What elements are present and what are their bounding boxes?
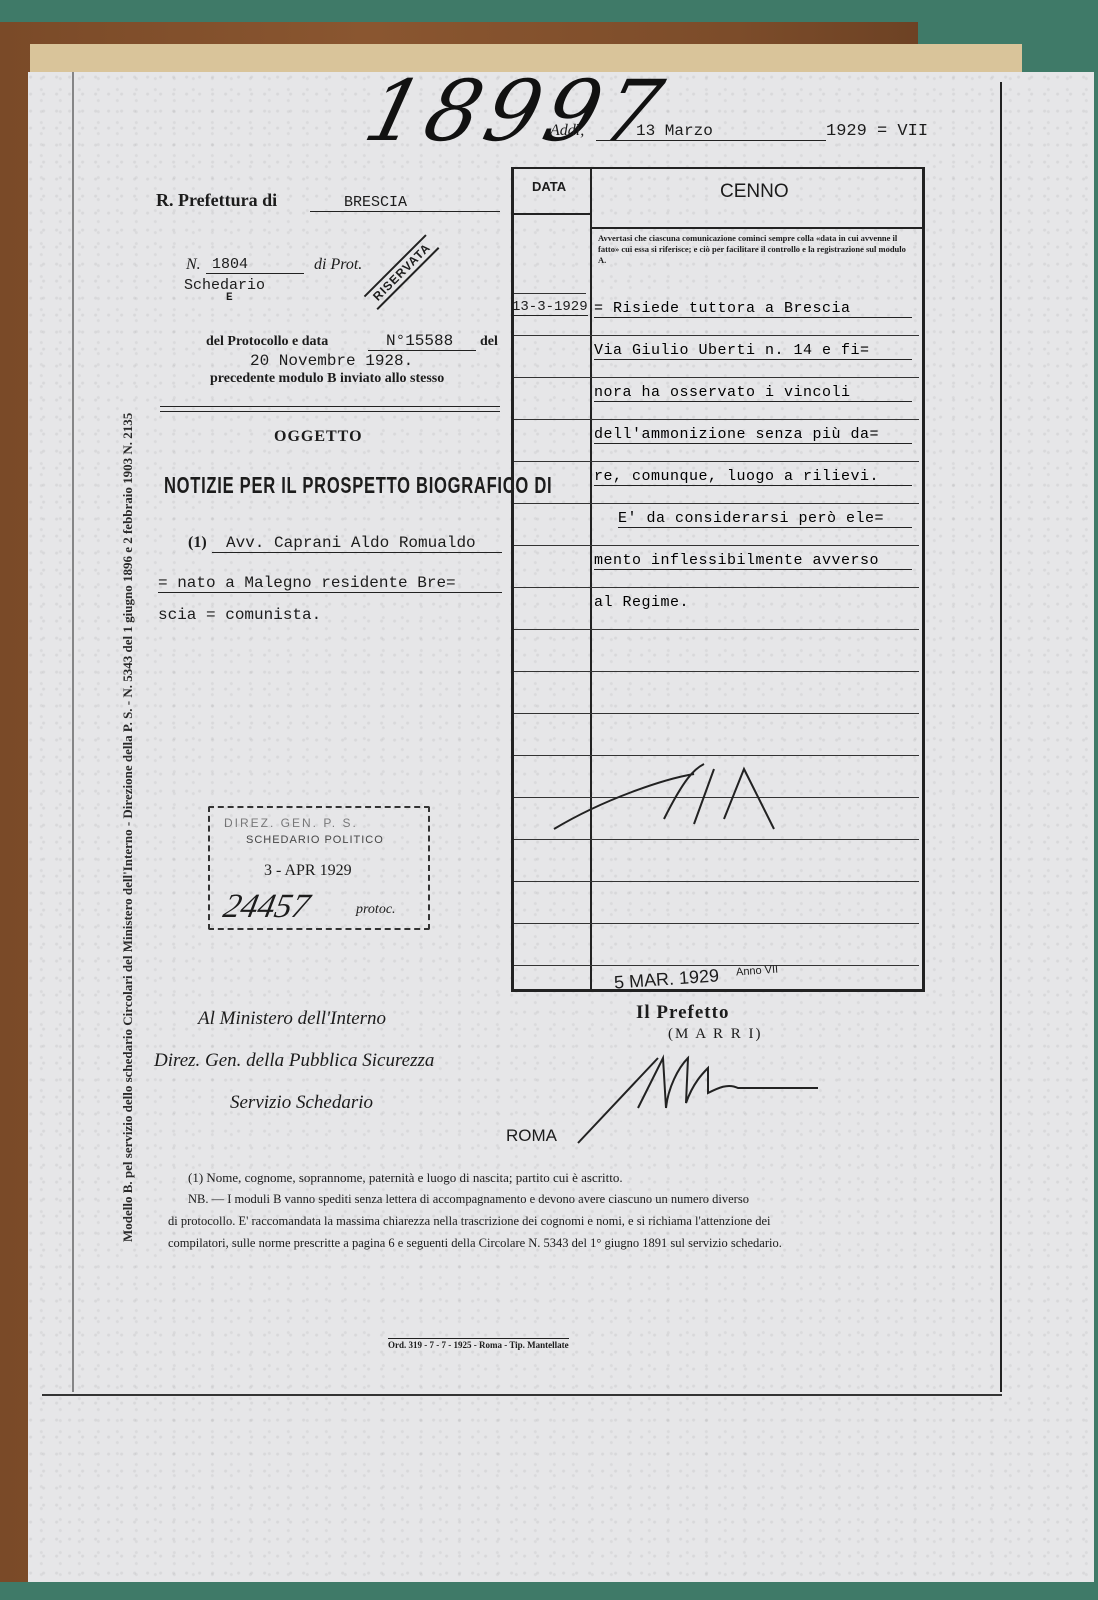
- cenno-header-rule: [592, 227, 922, 229]
- document-page: 18997 Modello B. pel servizio dello sche…: [28, 72, 1094, 1582]
- column-header-data: DATA: [532, 179, 566, 194]
- entry-date: 13-3-1929: [512, 299, 588, 316]
- addi-date: 13 Marzo: [596, 122, 826, 141]
- signature-title: Il Prefetto: [636, 1002, 729, 1024]
- riservata-stamp: RISERVATA: [364, 234, 440, 310]
- row-rule: [514, 545, 919, 546]
- row-rule: [514, 503, 919, 504]
- footnote-nb-line-2: di protocollo. E' raccomandata la massim…: [168, 1214, 771, 1229]
- protocollo-label: del Protocollo e data: [206, 334, 328, 350]
- addi-label: Addì,: [550, 122, 584, 140]
- stamp-date: 3 - APR 1929: [264, 862, 352, 880]
- row-rule: [514, 587, 919, 588]
- cenno-line-1: = Risiede tuttora a Brescia: [594, 300, 912, 318]
- row-rule: [514, 881, 919, 882]
- addressee-line-1: Al Ministero dell'Interno: [198, 1008, 386, 1030]
- cenno-line-5: re, comunque, luogo a rilievi.: [594, 468, 912, 486]
- column-header-cenno: CENNO: [720, 181, 789, 203]
- frame-bottom-line: [42, 1394, 1002, 1396]
- cenno-line-7: mento inflessibilmente avverso: [594, 552, 912, 570]
- row-rule: [514, 923, 919, 924]
- cenno-line-8: al Regime.: [594, 594, 689, 611]
- row-rule: [514, 713, 919, 714]
- precedente-modulo: precedente modulo B inviato allo stesso: [210, 371, 444, 387]
- footnote-nb-line-3: compilatori, sulle norme prescritte a pa…: [168, 1236, 782, 1251]
- addressee-line-2: Direz. Gen. della Pubblica Sicurezza: [154, 1050, 434, 1072]
- side-form-reference: Modello B. pel servizio dello schedario …: [120, 413, 136, 1242]
- double-rule: [160, 406, 500, 412]
- row-rule: [514, 419, 919, 420]
- stamp-line-2: SCHEDARIO POLITICO: [246, 834, 384, 846]
- di-prot-label: di Prot.: [314, 256, 362, 274]
- schedario-letter: E: [226, 292, 233, 304]
- row-rule: [514, 755, 919, 756]
- year-label: 1929 = VII: [826, 122, 928, 141]
- row-rule: [514, 629, 919, 630]
- data-cenno-table: DATA CENNO Avvertasi che ciascuna comuni…: [511, 167, 925, 992]
- prefettura-label: R. Prefettura di: [156, 190, 277, 211]
- subject-party-line: scia = comunista.: [158, 606, 321, 624]
- schedario-label: Schedario: [184, 277, 265, 294]
- frame-right-line: [1000, 82, 1002, 1392]
- stamp-handwritten-number: 24457: [220, 888, 313, 926]
- oggetto-label: OGGETTO: [274, 428, 363, 446]
- data-header-rule: [514, 213, 590, 215]
- handwritten-signature-icon: [568, 1048, 828, 1148]
- printer-line: Ord. 319 - 7 - 7 - 1925 - Roma - Tip. Ma…: [388, 1338, 569, 1350]
- frame-left-line: [72, 72, 74, 1392]
- subject-birth-line: = nato a Malegno residente Bre=: [158, 574, 502, 593]
- handwritten-file-number: 18997: [356, 62, 678, 160]
- cenno-line-4: dell'ammonizione senza più da=: [594, 426, 912, 444]
- row-rule: [514, 461, 919, 462]
- date-stamp-anno: Anno VII: [736, 964, 779, 979]
- prefettura-city: BRESCIA: [310, 194, 500, 212]
- protocol-n-label: N.: [186, 256, 201, 274]
- row-rule: [514, 377, 919, 378]
- addressee-line-3: Servizio Schedario: [230, 1092, 373, 1114]
- addressee-city: ROMA: [506, 1126, 557, 1146]
- row-rule: [514, 671, 919, 672]
- stamp-protoc: protoc.: [356, 902, 396, 918]
- cenno-line-6: E' da considerarsi però ele=: [618, 510, 912, 528]
- protocollo-value: N°15588: [368, 332, 476, 351]
- row-rule: [514, 335, 919, 336]
- instructions-notice: Avvertasi che ciascuna comunicazione com…: [598, 233, 914, 266]
- protocollo-date: 20 Novembre 1928.: [250, 352, 413, 370]
- stamp-line-1: DIREZ. GEN. P. S.: [224, 816, 358, 830]
- ministry-receipt-stamp: DIREZ. GEN. P. S. SCHEDARIO POLITICO 3 -…: [208, 806, 430, 930]
- column-separator: [590, 169, 592, 989]
- handwritten-scribble-icon: [544, 759, 804, 849]
- footnote-1: (1) Nome, cognome, soprannome, paternità…: [188, 1170, 623, 1186]
- cenno-line-2: Via Giulio Uberti n. 14 e fi=: [594, 342, 912, 360]
- cenno-line-3: nora ha osservato i vincoli: [594, 384, 912, 402]
- row-rule: [514, 293, 586, 294]
- note-marker: (1): [188, 534, 207, 552]
- date-received-stamp: 5 MAR. 1929: [613, 965, 719, 993]
- signature-name: (M A R R I): [668, 1026, 763, 1043]
- protocol-n-value: 1804: [206, 256, 304, 274]
- protocollo-del: del: [480, 334, 498, 350]
- footnote-nb-line-1: NB. — I moduli B vanno spediti senza let…: [188, 1192, 749, 1207]
- oggetto-title: NOTIZIE PER IL PROSPETTO BIOGRAFICO DI: [164, 472, 552, 499]
- subject-name-line: Avv. Caprani Aldo Romualdo: [212, 534, 502, 553]
